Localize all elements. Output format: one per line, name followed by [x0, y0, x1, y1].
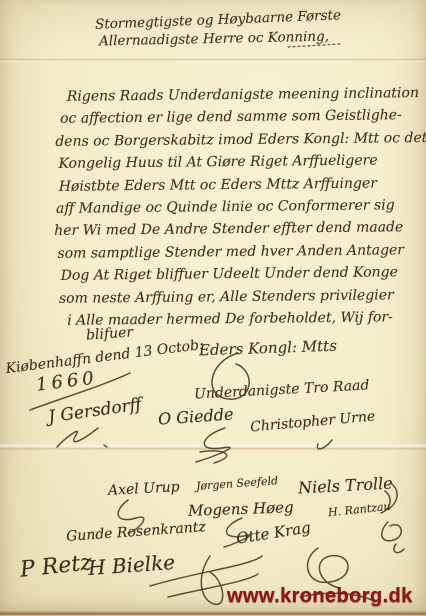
- signature-krag: Otte Krag: [235, 518, 312, 547]
- flourish-stroke: [382, 522, 401, 541]
- flourish-stroke: [196, 428, 230, 462]
- letter-body: Rigens Raads Underdanigste meening incli…: [55, 82, 414, 332]
- signature-hoeg: Mogens Høeg: [188, 498, 294, 520]
- fold-crease-middle: [0, 444, 426, 451]
- paper-bottom-edge: [0, 611, 426, 615]
- signature-trolle: Niels Trolle: [298, 474, 394, 498]
- signature-gersdorff: J Gersdorff: [47, 395, 143, 428]
- signature-retz: P Retz: [19, 550, 93, 582]
- flourish-stroke: [200, 451, 227, 463]
- fold-crease-top: [0, 58, 426, 62]
- signature-bielke: H Bielke: [87, 550, 176, 580]
- signature-rantzau: H. Rantzau: [327, 500, 391, 519]
- closing-word: blifuer: [85, 324, 133, 343]
- flourish-stroke: [201, 556, 222, 604]
- signature-seefeld: Jørgen Seefeld: [196, 474, 279, 493]
- valediction-line-2: Underdanigste Tro Raad: [194, 377, 370, 402]
- valediction-line-1: Eders Kongl: Mtts: [199, 337, 337, 360]
- signature-rosenkrantz: Gunde Rosenkrantz: [66, 519, 207, 545]
- document-scan: Stormegtigste og Høybaarne Første Allern…: [0, 0, 426, 616]
- flourish-stroke: [308, 548, 348, 588]
- kroneborg-watermark: www.kroneborg.dk: [227, 585, 413, 608]
- signature-urup: Axel Urup: [108, 479, 180, 499]
- signature-urne: Christopher Urne: [250, 409, 376, 436]
- signature-giedde: O Giedde: [157, 404, 234, 428]
- dateline-place: Kiøbenhaffn dend 13 Octob:: [5, 337, 205, 377]
- flourish-stroke: [317, 440, 332, 449]
- salutation-line-2: Allernaadigste Herre oc Konning,: [92, 28, 336, 49]
- flourish-stroke: [394, 544, 404, 553]
- flourish-stroke: [104, 445, 107, 447]
- flourish-stroke: [57, 428, 98, 447]
